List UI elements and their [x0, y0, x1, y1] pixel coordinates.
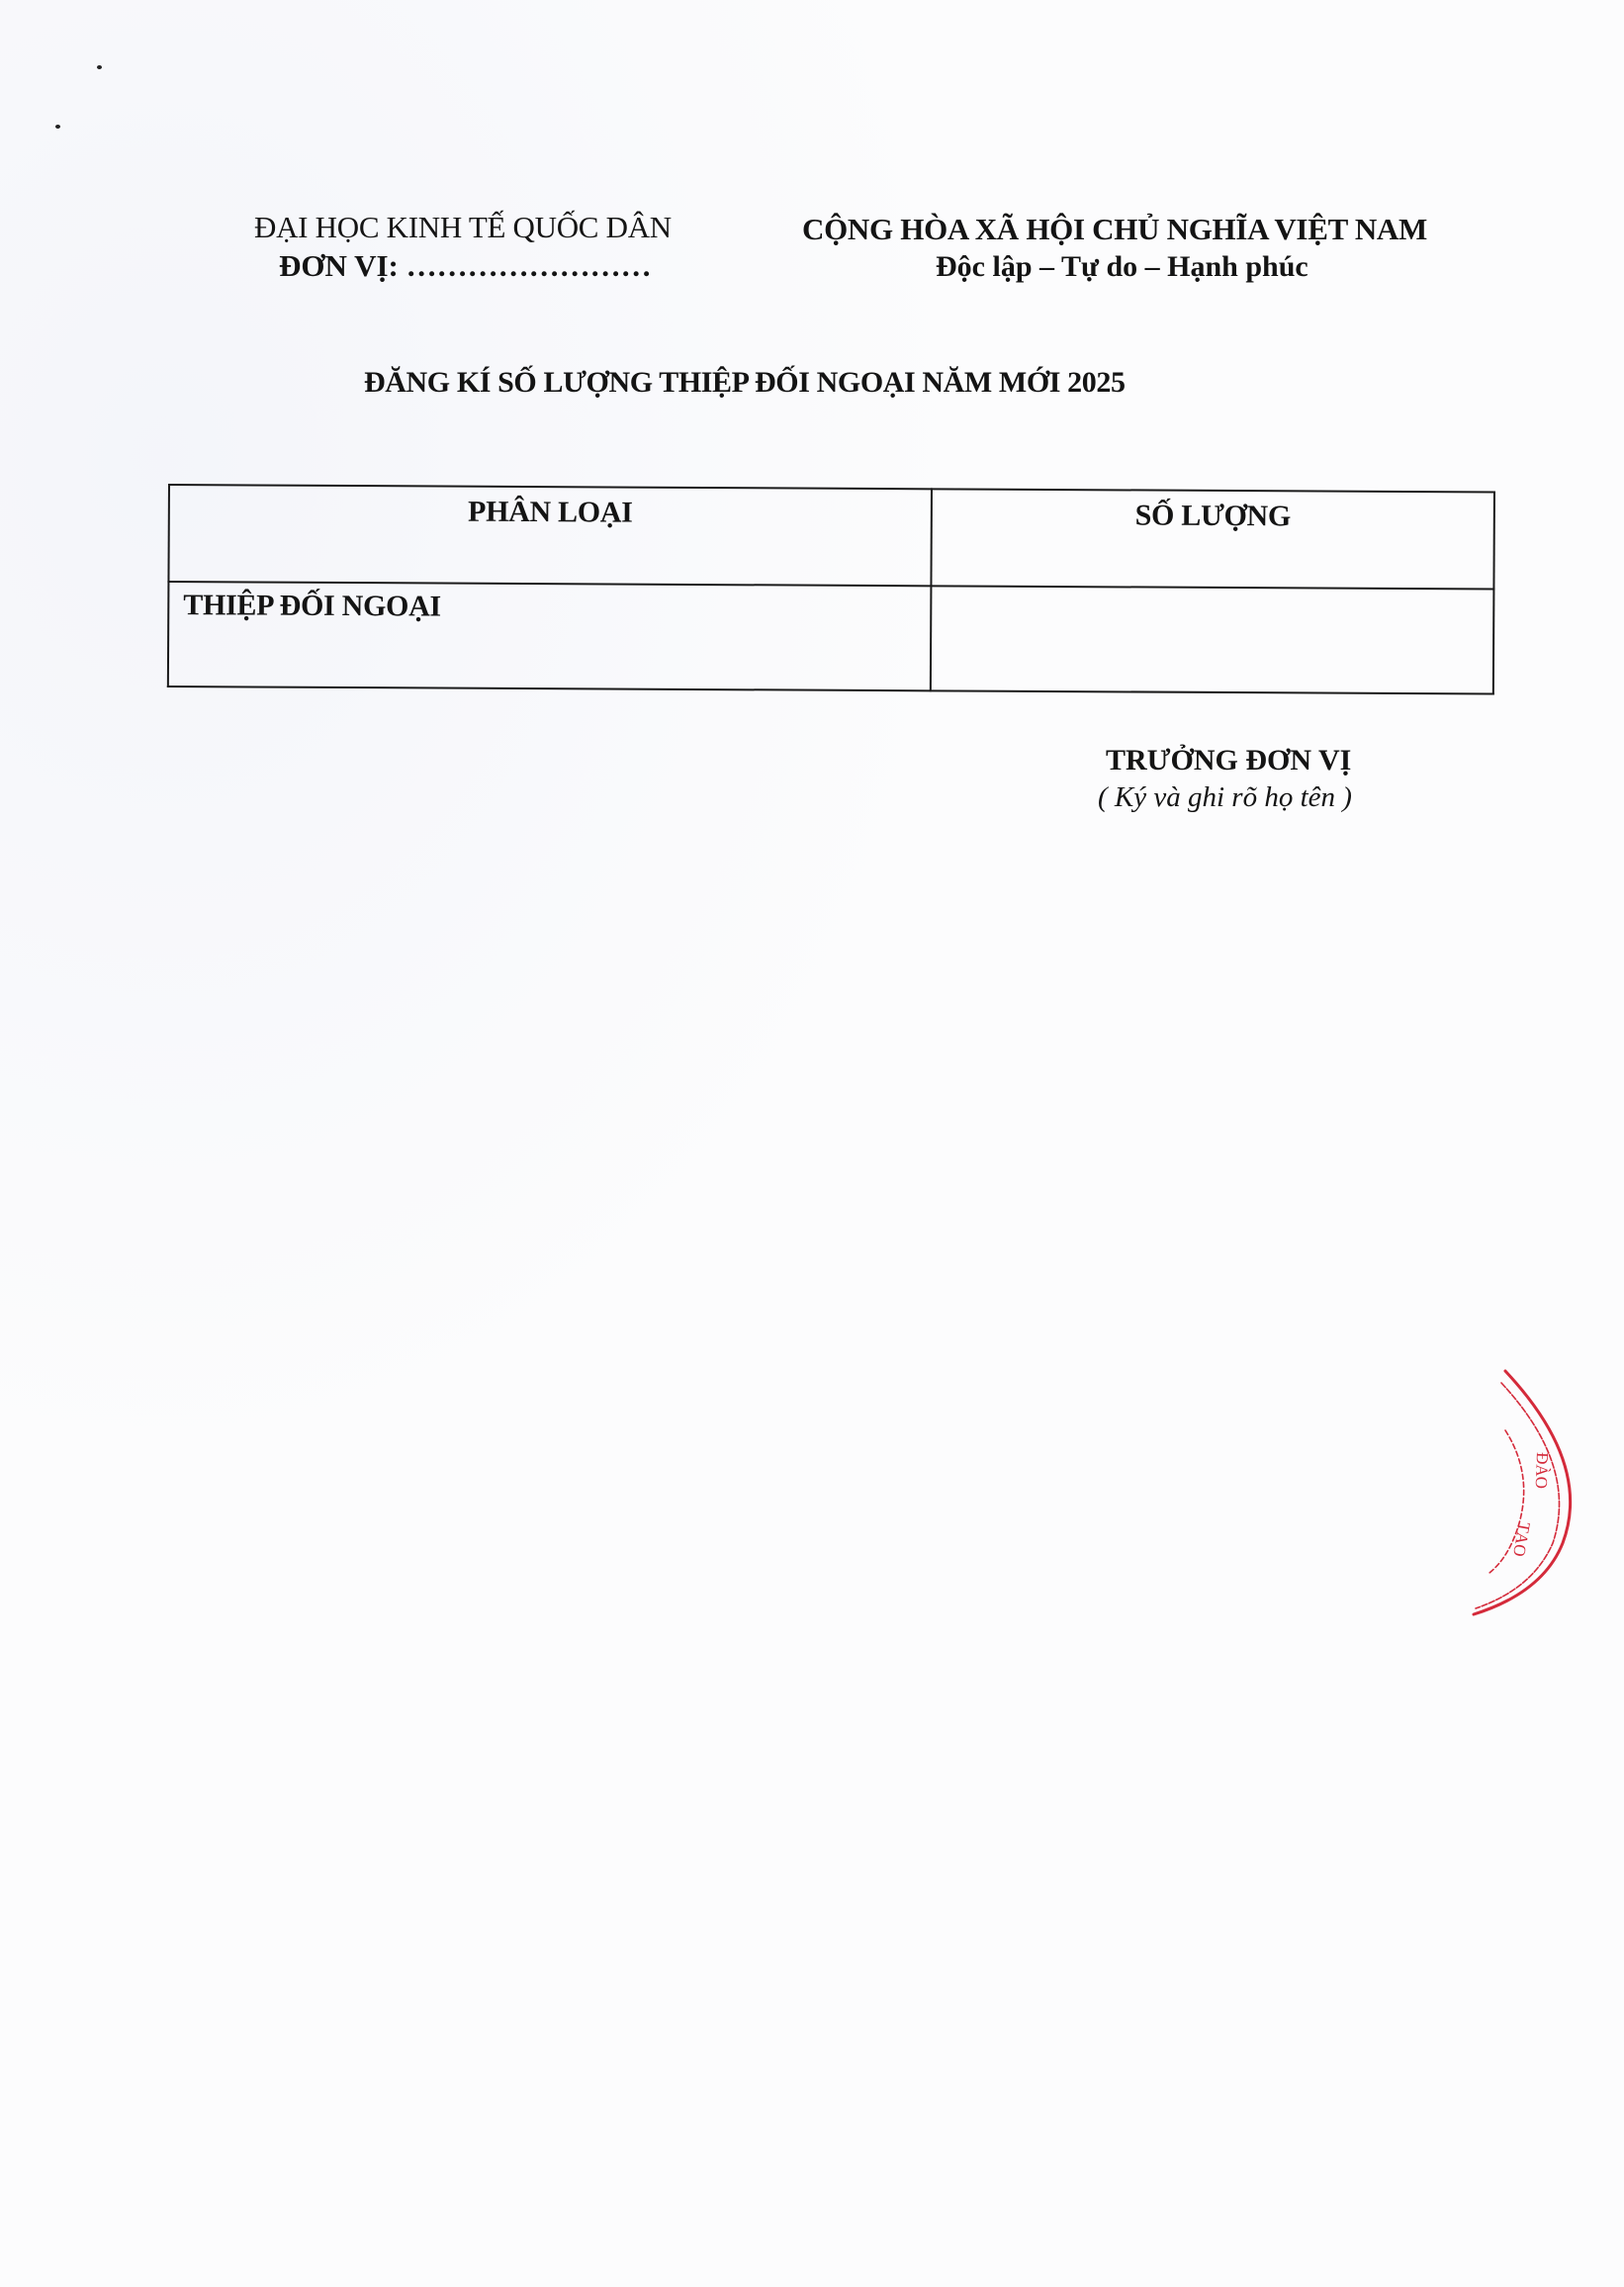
stamp-text-dao: ĐÀO [1532, 1452, 1552, 1489]
column-header-quantity: SỐ LƯỢNG [931, 489, 1494, 589]
table-row: THIỆP ĐỐI NGOẠI [168, 582, 1494, 693]
cell-card-type: THIỆP ĐỐI NGOẠI [168, 582, 932, 690]
stamp-seal-icon: ĐÀO TẠO [1454, 1355, 1624, 1632]
scan-speck [55, 125, 60, 129]
registration-table: PHÂN LOẠI SỐ LƯỢNG THIỆP ĐỐI NGOẠI [167, 484, 1495, 686]
stamp-text-tao: TẠO [1509, 1520, 1534, 1558]
institution-name: ĐẠI HỌC KINH TẾ QUỐC DÂN [254, 210, 672, 245]
document-page: ĐẠI HỌC KINH TẾ QUỐC DÂN ĐƠN VỊ: …………………… [0, 0, 1624, 2287]
table-header-row: PHÂN LOẠI SỐ LƯỢNG [168, 485, 1494, 589]
signature-title: TRƯỞNG ĐƠN VỊ [1106, 744, 1351, 778]
document-title: ĐĂNG KÍ SỐ LƯỢNG THIỆP ĐỐI NGOẠI NĂM MỚI… [364, 366, 1126, 400]
column-header-category: PHÂN LOẠI [168, 485, 932, 586]
national-motto: Độc lập – Tự do – Hạnh phúc [936, 250, 1308, 284]
unit-label: ĐƠN VỊ: …………………… [279, 248, 652, 284]
signature-instruction: ( Ký và ghi rõ họ tên ) [1098, 781, 1352, 814]
scan-speck [97, 65, 102, 69]
country-name: CỘNG HÒA XÃ HỘI CHỦ NGHĨA VIỆT NAM [802, 212, 1427, 247]
cell-quantity[interactable] [931, 586, 1494, 693]
